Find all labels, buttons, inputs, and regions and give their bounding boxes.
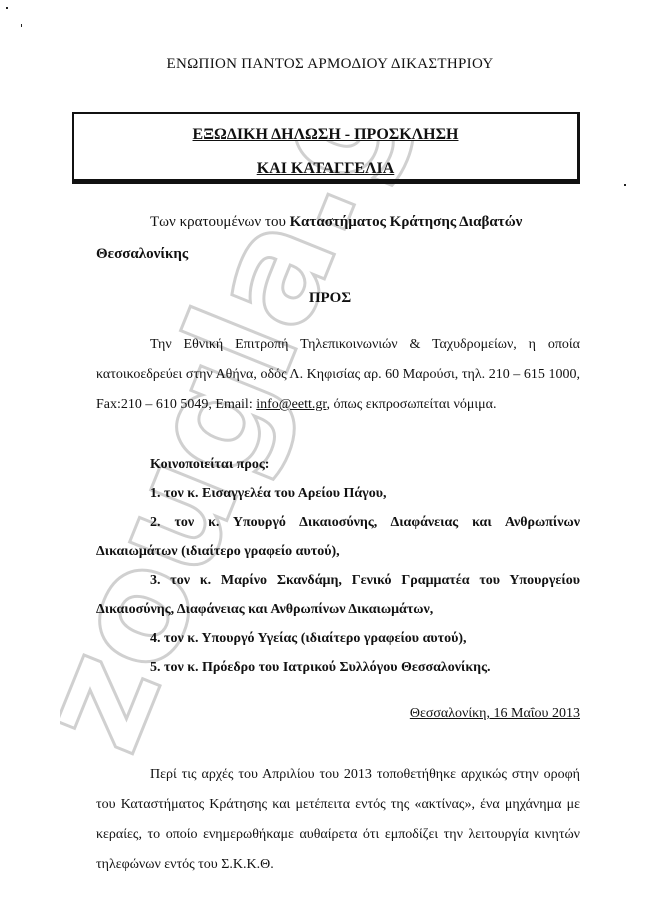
scan-speck: [624, 184, 626, 186]
place-date: Θεσσαλονίκη, 16 Μαΐου 2013: [410, 706, 580, 721]
notify-item: 2. τον κ. Υπουργό Δικαιοσύνης, Διαφάνεια…: [96, 508, 580, 566]
body-paragraph: Περί τις αρχές του Απριλίου του 2013 τοπ…: [96, 760, 580, 880]
notify-item: 1. τον κ. Εισαγγελέα του Αρείου Πάγου,: [96, 479, 580, 508]
title-line-1: ΕΞΩΔΙΚΗ ΔΗΛΩΣΗ - ΠΡΟΣΚΛΗΣΗ: [74, 124, 577, 146]
title-line-2: ΚΑΙ ΚΑΤΑΓΓΕΛΙΑ: [74, 158, 577, 180]
document-page: zougla.gr ΕΝΩΠΙΟΝ ΠΑΝΤΟΣ ΑΡΜΟΔΙΟΥ ΔΙΚΑΣΤ…: [0, 0, 660, 911]
notify-list: Κοινοποιείται προς: 1. τον κ. Εισαγγελέα…: [96, 450, 580, 682]
sender-line: Των κρατουμένων του Καταστήματος Κράτηση…: [96, 206, 580, 270]
notify-item: 3. τον κ. Μαρίνο Σκανδάμη, Γενικό Γραμμα…: [96, 566, 580, 624]
recipient-paragraph: Την Εθνική Επιτροπή Τηλεπικοινωνιών & Τα…: [96, 330, 580, 420]
court-header: ΕΝΩΠΙΟΝ ΠΑΝΤΟΣ ΑΡΜΟΔΙΟΥ ΔΙΚΑΣΤΗΡΙΟΥ: [0, 56, 660, 73]
notify-item: 4. τον κ. Υπουργό Υγείας (ιδιαίτερο γραφ…: [96, 624, 580, 653]
notify-heading: Κοινοποιείται προς:: [96, 450, 580, 479]
date-line: Θεσσαλονίκη, 16 Μαΐου 2013: [0, 706, 580, 722]
notify-item: 5. τον κ. Πρόεδρο του Ιατρικού Συλλόγου …: [96, 653, 580, 682]
scan-speck: [6, 7, 8, 9]
title-box: ΕΞΩΔΙΚΗ ΔΗΛΩΣΗ - ΠΡΟΣΚΛΗΣΗ ΚΑΙ ΚΑΤΑΓΓΕΛΙ…: [72, 112, 580, 184]
sender-prefix: Των κρατουμένων του: [150, 214, 286, 230]
to-heading: ΠΡΟΣ: [0, 290, 660, 307]
scan-speck: [21, 24, 22, 27]
recipient-suffix: , όπως εκπροσωπείται νόμιμα.: [326, 397, 496, 412]
body-text: Περί τις αρχές του Απριλίου του 2013 τοπ…: [96, 767, 580, 872]
recipient-email-link[interactable]: info@eett.gr: [256, 397, 326, 412]
